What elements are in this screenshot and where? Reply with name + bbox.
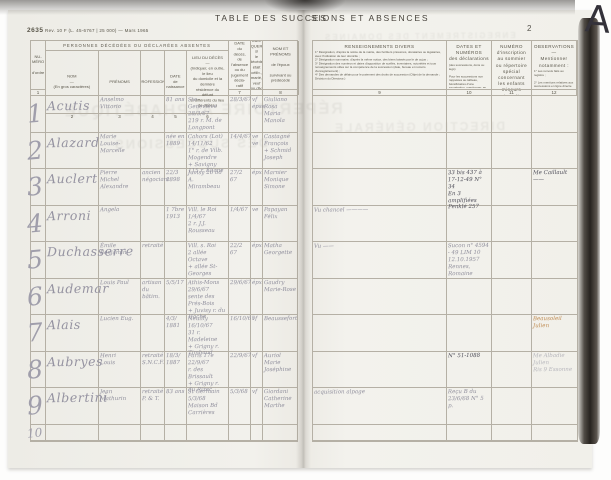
deceased-name — [47, 426, 97, 427]
cell-date-naissance: 5/5/17 — [165, 279, 187, 315]
cell-etat-civil: vf épse — [251, 96, 263, 132]
cell-etat-civil: épx — [251, 242, 263, 278]
cell-observations: Beausoleil Julien — [532, 315, 577, 351]
profession: retraité P. & T. — [142, 389, 163, 403]
notes-divers — [314, 279, 445, 280]
cell-observations: Me Albadie Julien Ris 9 Essonne — [532, 352, 577, 388]
cell-date-naissance: née en 1889 — [165, 133, 187, 169]
cell-profession — [141, 133, 165, 169]
cell-renseignements: Vu —— — [313, 242, 447, 278]
birth-date: 22/3 1898 — [166, 170, 185, 184]
deceased-name: Alazard — [47, 134, 97, 150]
notes-divers: Vu —— — [314, 242, 445, 250]
cell-conjoint: Giordani Catherine Marthe — [263, 388, 299, 424]
spouse-name: Gaudry Marie-Rose — [264, 279, 298, 293]
first-names: Louis Paul — [100, 279, 139, 286]
column-header-renseignements: RENSEIGNEMENTS DIVERS 1° Désignation, d'… — [313, 41, 447, 95]
cell-renseignements — [313, 96, 447, 132]
cell-numero: 6 — [31, 279, 46, 315]
birth-date: 1 7bre 1913 — [166, 206, 185, 220]
left-table-header: NU- MÉRO d'ordre 1 PERSONNES DÉCÉDÉES OU… — [31, 41, 297, 96]
cell-dates-numeros — [447, 279, 492, 315]
cell-etat-civil: vf — [251, 352, 263, 388]
cell-numero: 9 — [31, 388, 46, 424]
table-row-left: 4 Arroni Angela 1 7bre 1913 Vill. le Roi… — [31, 206, 297, 243]
paper: RÉPERTOIRE ALPHABÉTIQUE DES SUCCESSIONS … — [8, 10, 592, 468]
cell-numero-repertoire — [492, 96, 532, 132]
cell-observations — [532, 425, 577, 440]
profession: retraité — [142, 243, 163, 250]
cell-nom: Alais — [46, 315, 99, 351]
deceased-name: Arroni — [47, 207, 97, 223]
row-number: 5 — [26, 244, 46, 275]
cell-prenoms: Jean Mathurin — [99, 388, 141, 424]
cell-observations — [532, 242, 577, 278]
cell-etat-civil: ve — [251, 206, 263, 242]
cell-numero-repertoire — [492, 279, 532, 315]
cell-dates-numeros — [447, 206, 492, 242]
form-number: 2635 — [27, 27, 43, 34]
first-names: Jean Mathurin — [100, 389, 139, 403]
cell-numero-repertoire — [492, 206, 532, 242]
cell-nom: Acutis — [46, 96, 99, 132]
cell-profession: retraité P. & T. — [141, 388, 165, 424]
corner-letter: A — [583, 0, 611, 41]
table-row-left: 10 — [31, 425, 297, 441]
cell-profession — [141, 425, 165, 440]
page-title-right: SIONS ET ABSENCES — [311, 13, 429, 23]
cell-numero: 4 — [31, 206, 46, 242]
cell-observations — [532, 279, 577, 315]
cell-lieu-deces — [187, 425, 229, 440]
declaration-ref-ink: N° 51-1088 — [448, 352, 490, 359]
cell-date-naissance: 4/3/ 1881 — [165, 315, 187, 351]
form-reference: 2635 Rev. 10 F (L. 45-6767 | 25 000) — M… — [27, 27, 149, 34]
cell-profession: artisan du bâtim. — [141, 279, 165, 315]
death-date: 28/3/67 — [230, 97, 249, 104]
cell-lieu-deces: St Germain 5/3/68 Maison Bd Carrières — [187, 388, 229, 424]
cell-numero: 5 — [31, 242, 46, 278]
cell-profession: ancien négociant — [141, 169, 165, 205]
declaration-ref-pencil: Reçu B du 23/6/68 N° 5 p. — [448, 389, 490, 410]
cell-etat-civil: ve ve — [251, 133, 263, 169]
death-date: 22/9/67 — [230, 352, 249, 359]
marital-status: vf — [252, 389, 261, 396]
cell-profession: retraité — [141, 242, 165, 278]
death-place: Vill. s. Roi 2 allée Octave + allée St-G… — [188, 243, 227, 278]
marital-status: vf — [252, 352, 261, 359]
cell-profession: retraité S.N.C.F. — [141, 352, 165, 388]
cell-profession — [141, 96, 165, 132]
cell-dates-numeros — [447, 133, 492, 169]
birth-date: 18/3/ 1887 — [166, 352, 185, 366]
cell-lieu-deces: Juvisy 26 bd A. Mirambeau — [187, 169, 229, 205]
group-header-personnes: PERSONNES DÉCÉDÉES OU DÉCLARÉES ABSENTES — [46, 41, 229, 51]
cell-date-deces: 14/4/67 — [229, 133, 251, 169]
column-header-numero: NU- MÉRO d'ordre 1 — [31, 41, 46, 95]
first-names: Henri Louis — [100, 352, 139, 366]
cell-date-deces: 27/2 67 — [229, 169, 251, 205]
cell-dates-numeros — [447, 425, 492, 440]
cell-lieu-deces: Vill. s. Roi 2 allée Octave + allée St-G… — [187, 242, 229, 278]
row-number: 1 — [26, 98, 46, 129]
group-header-wrap: PERSONNES DÉCÉDÉES OU DÉCLARÉES ABSENTES… — [46, 41, 229, 95]
deceased-name: Audemar — [47, 280, 97, 296]
observation-ink: Me Caillault —— — [533, 170, 576, 184]
birth-date: née en 1889 — [166, 133, 185, 147]
cell-conjoint: Marnier Monique Simone — [263, 169, 299, 205]
cell-numero-repertoire — [492, 352, 532, 388]
death-place: Vill. le Roi 1/4/67 2 r. J.J. Rousseau — [188, 206, 227, 234]
birth-date: 81 ans — [166, 97, 185, 104]
column-header-dates-numeros: DATES ET NUMÉROS des déclarations (des s… — [447, 41, 492, 95]
spouse-name: Giuliano Rosa Maria Manola — [264, 97, 298, 125]
register-scan: RÉPERTOIRE ALPHABÉTIQUE DES SUCCESSIONS … — [0, 0, 611, 480]
table-row-left: 2 Alazard Marie Louise-Marcelle née en 1… — [31, 133, 297, 170]
deceased-name: Aubryes — [47, 353, 97, 369]
cell-observations — [532, 96, 577, 132]
deceased-name: Auclert — [47, 171, 97, 187]
cell-lieu-deces: Neuilly 16/10/67 31 r. Madeleine + Grign… — [187, 315, 229, 351]
cell-date-naissance — [165, 425, 187, 440]
observation-pencil: Me Albadie Julien Ris 9 Essonne — [533, 352, 576, 373]
marital-status: vf — [252, 316, 261, 323]
row-number: 4 — [26, 208, 46, 239]
cell-numero-repertoire — [492, 133, 532, 169]
page-number: 2 — [527, 24, 531, 33]
spouse-name: Beaussefort — [264, 316, 298, 323]
table-row-right — [313, 425, 577, 441]
death-place: Ste Geneviève 28/3/67 219 r. M. de Longp… — [188, 97, 227, 132]
death-date: 27/2 67 — [230, 170, 249, 184]
death-date: 1/4/67 — [230, 206, 249, 213]
cell-date-naissance: 22/3 1898 — [165, 169, 187, 205]
marital-status: vf épse — [252, 97, 261, 111]
cell-date-deces: 29/6/67 — [229, 279, 251, 315]
cell-date-deces — [229, 425, 251, 440]
cell-date-naissance — [165, 242, 187, 278]
cell-renseignements — [313, 425, 447, 440]
cell-etat-civil — [251, 425, 263, 440]
notes-divers — [314, 315, 445, 316]
cell-date-deces: 1/4/67 — [229, 206, 251, 242]
cell-date-deces: 22/9/67 — [229, 352, 251, 388]
notes-divers — [314, 352, 445, 353]
cell-nom: Alazard — [46, 133, 99, 169]
death-place: St Germain 5/3/68 Maison Bd Carrières — [188, 389, 227, 417]
birth-date: 5/5/17 — [166, 279, 185, 286]
cell-renseignements: Vu chancel ———— — [313, 206, 447, 242]
cell-prenoms — [99, 425, 141, 440]
row-number: 6 — [26, 281, 46, 312]
cell-date-deces: 22/2 67 — [229, 242, 251, 278]
table-row-right: 33 bis 437 à 17-12-49 N° 34 En 3 amplifi… — [313, 169, 577, 206]
cell-numero: 1 — [31, 96, 46, 132]
cell-prenoms: Lucien Eug. — [99, 315, 141, 351]
right-table-body: 33 bis 437 à 17-12-49 N° 34 En 3 amplifi… — [313, 96, 577, 441]
spouse-name: Castagné François + Schmid Joseph — [264, 133, 298, 161]
deceased-name: Duchasserre — [47, 244, 97, 260]
spouse-name: Giordani Catherine Marthe — [264, 389, 298, 410]
cell-renseignements: acquisition alpage — [313, 388, 447, 424]
column-header-etat-civil: INDI- QUER si le décédé était célib., ma… — [251, 41, 263, 95]
cell-numero-repertoire — [492, 425, 532, 440]
page-edge-band — [578, 18, 600, 444]
first-names: Émile Benjamin — [100, 243, 139, 257]
row-number: 7 — [26, 317, 46, 348]
succession-table-left-page: NU- MÉRO d'ordre 1 PERSONNES DÉCÉDÉES OU… — [30, 40, 298, 442]
table-row-right: Vu chancel ———— — [313, 206, 577, 243]
column-header-date-deces: DATE du décès, de l'absence ou du jugeme… — [229, 41, 251, 95]
column-header-numero-repertoire: NUMÉRO d'inscription au sommier ou réper… — [492, 41, 532, 95]
cell-numero: 2 — [31, 133, 46, 169]
cell-conjoint: Castagné François + Schmid Joseph — [263, 133, 299, 169]
cell-dates-numeros: Reçu B du 23/6/68 N° 5 p. — [447, 388, 492, 424]
column-header-observations: OBSERVATIONS — Mentionner notamment : 1°… — [532, 41, 577, 95]
cell-numero-repertoire — [492, 315, 532, 351]
first-names: Marie Louise-Marcelle — [100, 133, 139, 154]
cell-date-naissance: 18/3/ 1887 — [165, 352, 187, 388]
cell-nom: Albertini — [46, 388, 99, 424]
left-table-body: 1 Acutis Anselmo Vittorio 81 ans Ste Gen… — [31, 96, 297, 441]
cell-dates-numeros: N° 51-1088 — [447, 352, 492, 388]
spouse-name: Papayan Félix — [264, 206, 298, 220]
profession: ancien négociant — [142, 170, 163, 184]
table-row-right: Beausoleil Julien — [313, 315, 577, 352]
cell-nom: Duchasserre — [46, 242, 99, 278]
table-row-left: 7 Alais Lucien Eug. 4/3/ 1881 Neuilly 16… — [31, 315, 297, 352]
cell-dates-numeros: Sucon n° 4594 - 49 LIM 10 12.10.1957 Ren… — [447, 242, 492, 278]
cell-prenoms: Marie Louise-Marcelle — [99, 133, 141, 169]
table-row-right: acquisition alpage Reçu B du 23/6/68 N° … — [313, 388, 577, 425]
notes-divers — [314, 169, 445, 170]
cell-lieu-deces: Athis-Mons 29/6/67 sente des Prés-Bois +… — [187, 279, 229, 315]
birth-date: 83 ans — [166, 389, 185, 396]
succession-table-right-page: RENSEIGNEMENTS DIVERS 1° Désignation, d'… — [312, 40, 578, 442]
cell-nom: Auclert — [46, 169, 99, 205]
cell-date-deces: 28/3/67 — [229, 96, 251, 132]
first-names: Anselmo Vittorio — [100, 97, 139, 111]
table-row-right — [313, 133, 577, 170]
table-row-left: 9 Albertini Jean Mathurin retraité P. & … — [31, 388, 297, 425]
first-names: Pierre Michel Alexandre — [100, 170, 139, 191]
cell-profession — [141, 315, 165, 351]
table-row-left: 1 Acutis Anselmo Vittorio 81 ans Ste Gen… — [31, 96, 297, 133]
cell-prenoms: Émile Benjamin — [99, 242, 141, 278]
cell-dates-numeros: 33 bis 437 à 17-12-49 N° 34 En 3 amplifi… — [447, 169, 492, 205]
table-row-right — [313, 279, 577, 316]
row-number: 10 — [26, 425, 44, 440]
column-header-conjoint: NOM ET PRÉNOMS de l'époux survivant ou p… — [263, 41, 299, 95]
table-row-left: 5 Duchasserre Émile Benjamin retraité Vi… — [31, 242, 297, 279]
profession: artisan du bâtim. — [142, 279, 163, 300]
cell-etat-civil: vf — [251, 388, 263, 424]
cell-etat-civil: vf — [251, 315, 263, 351]
first-names: Angela — [100, 206, 139, 213]
cell-lieu-deces: Cahors (Lot) 14/11/62 1° r. de Vilb. Mog… — [187, 133, 229, 169]
notes-divers — [314, 133, 445, 134]
cell-etat-civil: épx — [251, 169, 263, 205]
cell-dates-numeros — [447, 315, 492, 351]
cell-observations — [532, 206, 577, 242]
row-number: 9 — [26, 390, 46, 421]
cell-date-deces: 5/3/68 — [229, 388, 251, 424]
first-names: Lucien Eug. — [100, 316, 139, 323]
right-table-header: RENSEIGNEMENTS DIVERS 1° Désignation, d'… — [313, 41, 577, 96]
notes-divers: acquisition alpage — [314, 388, 445, 396]
spouse-name: Matha Georgette — [264, 243, 298, 257]
cell-conjoint: Beaussefort — [263, 315, 299, 351]
death-date: 29/6/67 — [230, 279, 249, 286]
table-row-left: 8 Aubryes Henri Louis retraité S.N.C.F. … — [31, 352, 297, 389]
cell-observations — [532, 133, 577, 169]
cell-date-naissance: 1 7bre 1913 — [165, 206, 187, 242]
cell-renseignements — [313, 169, 447, 205]
birth-date: 4/3/ 1881 — [166, 316, 185, 330]
marital-status: ve — [252, 206, 261, 213]
cell-conjoint: Papayan Félix — [263, 206, 299, 242]
cell-date-naissance: 81 ans — [165, 96, 187, 132]
table-row-left: 3 Auclert Pierre Michel Alexandre ancien… — [31, 169, 297, 206]
cell-prenoms: Anselmo Vittorio — [99, 96, 141, 132]
cell-prenoms: Angela — [99, 206, 141, 242]
profession: retraité S.N.C.F. — [142, 352, 163, 366]
deceased-name: Alais — [47, 317, 97, 333]
cell-numero-repertoire — [492, 242, 532, 278]
cell-nom — [46, 425, 99, 440]
row-number: 3 — [26, 171, 46, 202]
cell-observations — [532, 388, 577, 424]
death-date: 14/4/67 — [230, 133, 249, 140]
table-row-right: Vu —— Sucon n° 4594 - 49 LIM 10 12.10.19… — [313, 242, 577, 279]
cell-conjoint: Gaudry Marie-Rose — [263, 279, 299, 315]
cell-lieu-deces: Ste Geneviève 28/3/67 219 r. M. de Longp… — [187, 96, 229, 132]
death-date: 22/2 67 — [230, 243, 249, 257]
cell-lieu-deces: Paris 17e 22/9/67 r. des Brissault + Gri… — [187, 352, 229, 388]
notes-divers: Vu chancel ———— — [314, 206, 445, 214]
cell-profession — [141, 206, 165, 242]
marital-status: épx — [252, 170, 261, 177]
table-row-right — [313, 96, 577, 133]
spouse-name: Auriol Marie Joséphine — [264, 352, 298, 373]
table-row-right: N° 51-1088 Me Albadie Julien Ris 9 Esson… — [313, 352, 577, 389]
cell-etat-civil: épx — [251, 279, 263, 315]
cell-date-deces: 16/10/67 — [229, 315, 251, 351]
cell-conjoint — [263, 425, 299, 440]
book-gutter — [296, 10, 311, 468]
row-number: 8 — [26, 354, 46, 385]
cell-nom: Arroni — [46, 206, 99, 242]
cell-renseignements — [313, 279, 447, 315]
cell-conjoint: Giuliano Rosa Maria Manola — [263, 96, 299, 132]
cell-prenoms: Pierre Michel Alexandre — [99, 169, 141, 205]
cell-conjoint: Auriol Marie Joséphine — [263, 352, 299, 388]
cell-numero: 7 — [31, 315, 46, 351]
death-date: 5/3/68 — [230, 389, 249, 396]
cell-prenoms: Louis Paul — [99, 279, 141, 315]
cell-renseignements — [313, 315, 447, 351]
deceased-name: Albertini — [47, 390, 97, 406]
declaration-ref-pencil: Sucon n° 4594 - 49 LIM 10 12.10.1957 Ren… — [448, 243, 490, 278]
cell-conjoint: Matha Georgette — [263, 242, 299, 278]
observation-orange: Beausoleil Julien — [533, 316, 576, 330]
cell-date-naissance: 83 ans — [165, 388, 187, 424]
row-number: 2 — [26, 135, 46, 166]
cell-renseignements — [313, 133, 447, 169]
marital-status: épx — [252, 243, 261, 250]
death-place: Juvisy 26 bd A. Mirambeau — [188, 170, 227, 191]
table-row-left: 6 Audemar Louis Paul artisan du bâtim. 5… — [31, 279, 297, 316]
cell-numero: 3 — [31, 169, 46, 205]
marital-status: épx — [252, 279, 261, 286]
cell-dates-numeros — [447, 96, 492, 132]
cell-numero-repertoire — [492, 169, 532, 205]
cell-numero: 10 — [31, 425, 46, 440]
deceased-name: Acutis — [47, 98, 97, 114]
cell-nom: Aubryes — [46, 352, 99, 388]
notes-divers — [314, 96, 445, 97]
cell-prenoms: Henri Louis — [99, 352, 141, 388]
death-date: 16/10/67 — [230, 316, 249, 323]
spouse-name: Marnier Monique Simone — [264, 170, 298, 191]
notes-divers — [314, 425, 445, 426]
cell-nom: Audemar — [46, 279, 99, 315]
form-reference-detail: Rev. 10 F (L. 45-6767 | 25 000) — Mars 1… — [45, 28, 149, 33]
cell-numero-repertoire — [492, 388, 532, 424]
cell-renseignements — [313, 352, 447, 388]
cell-lieu-deces: Vill. le Roi 1/4/67 2 r. J.J. Rousseau — [187, 206, 229, 242]
marital-status: ve ve — [252, 133, 261, 147]
cell-numero: 8 — [31, 352, 46, 388]
cell-observations: Me Caillault —— — [532, 169, 577, 205]
